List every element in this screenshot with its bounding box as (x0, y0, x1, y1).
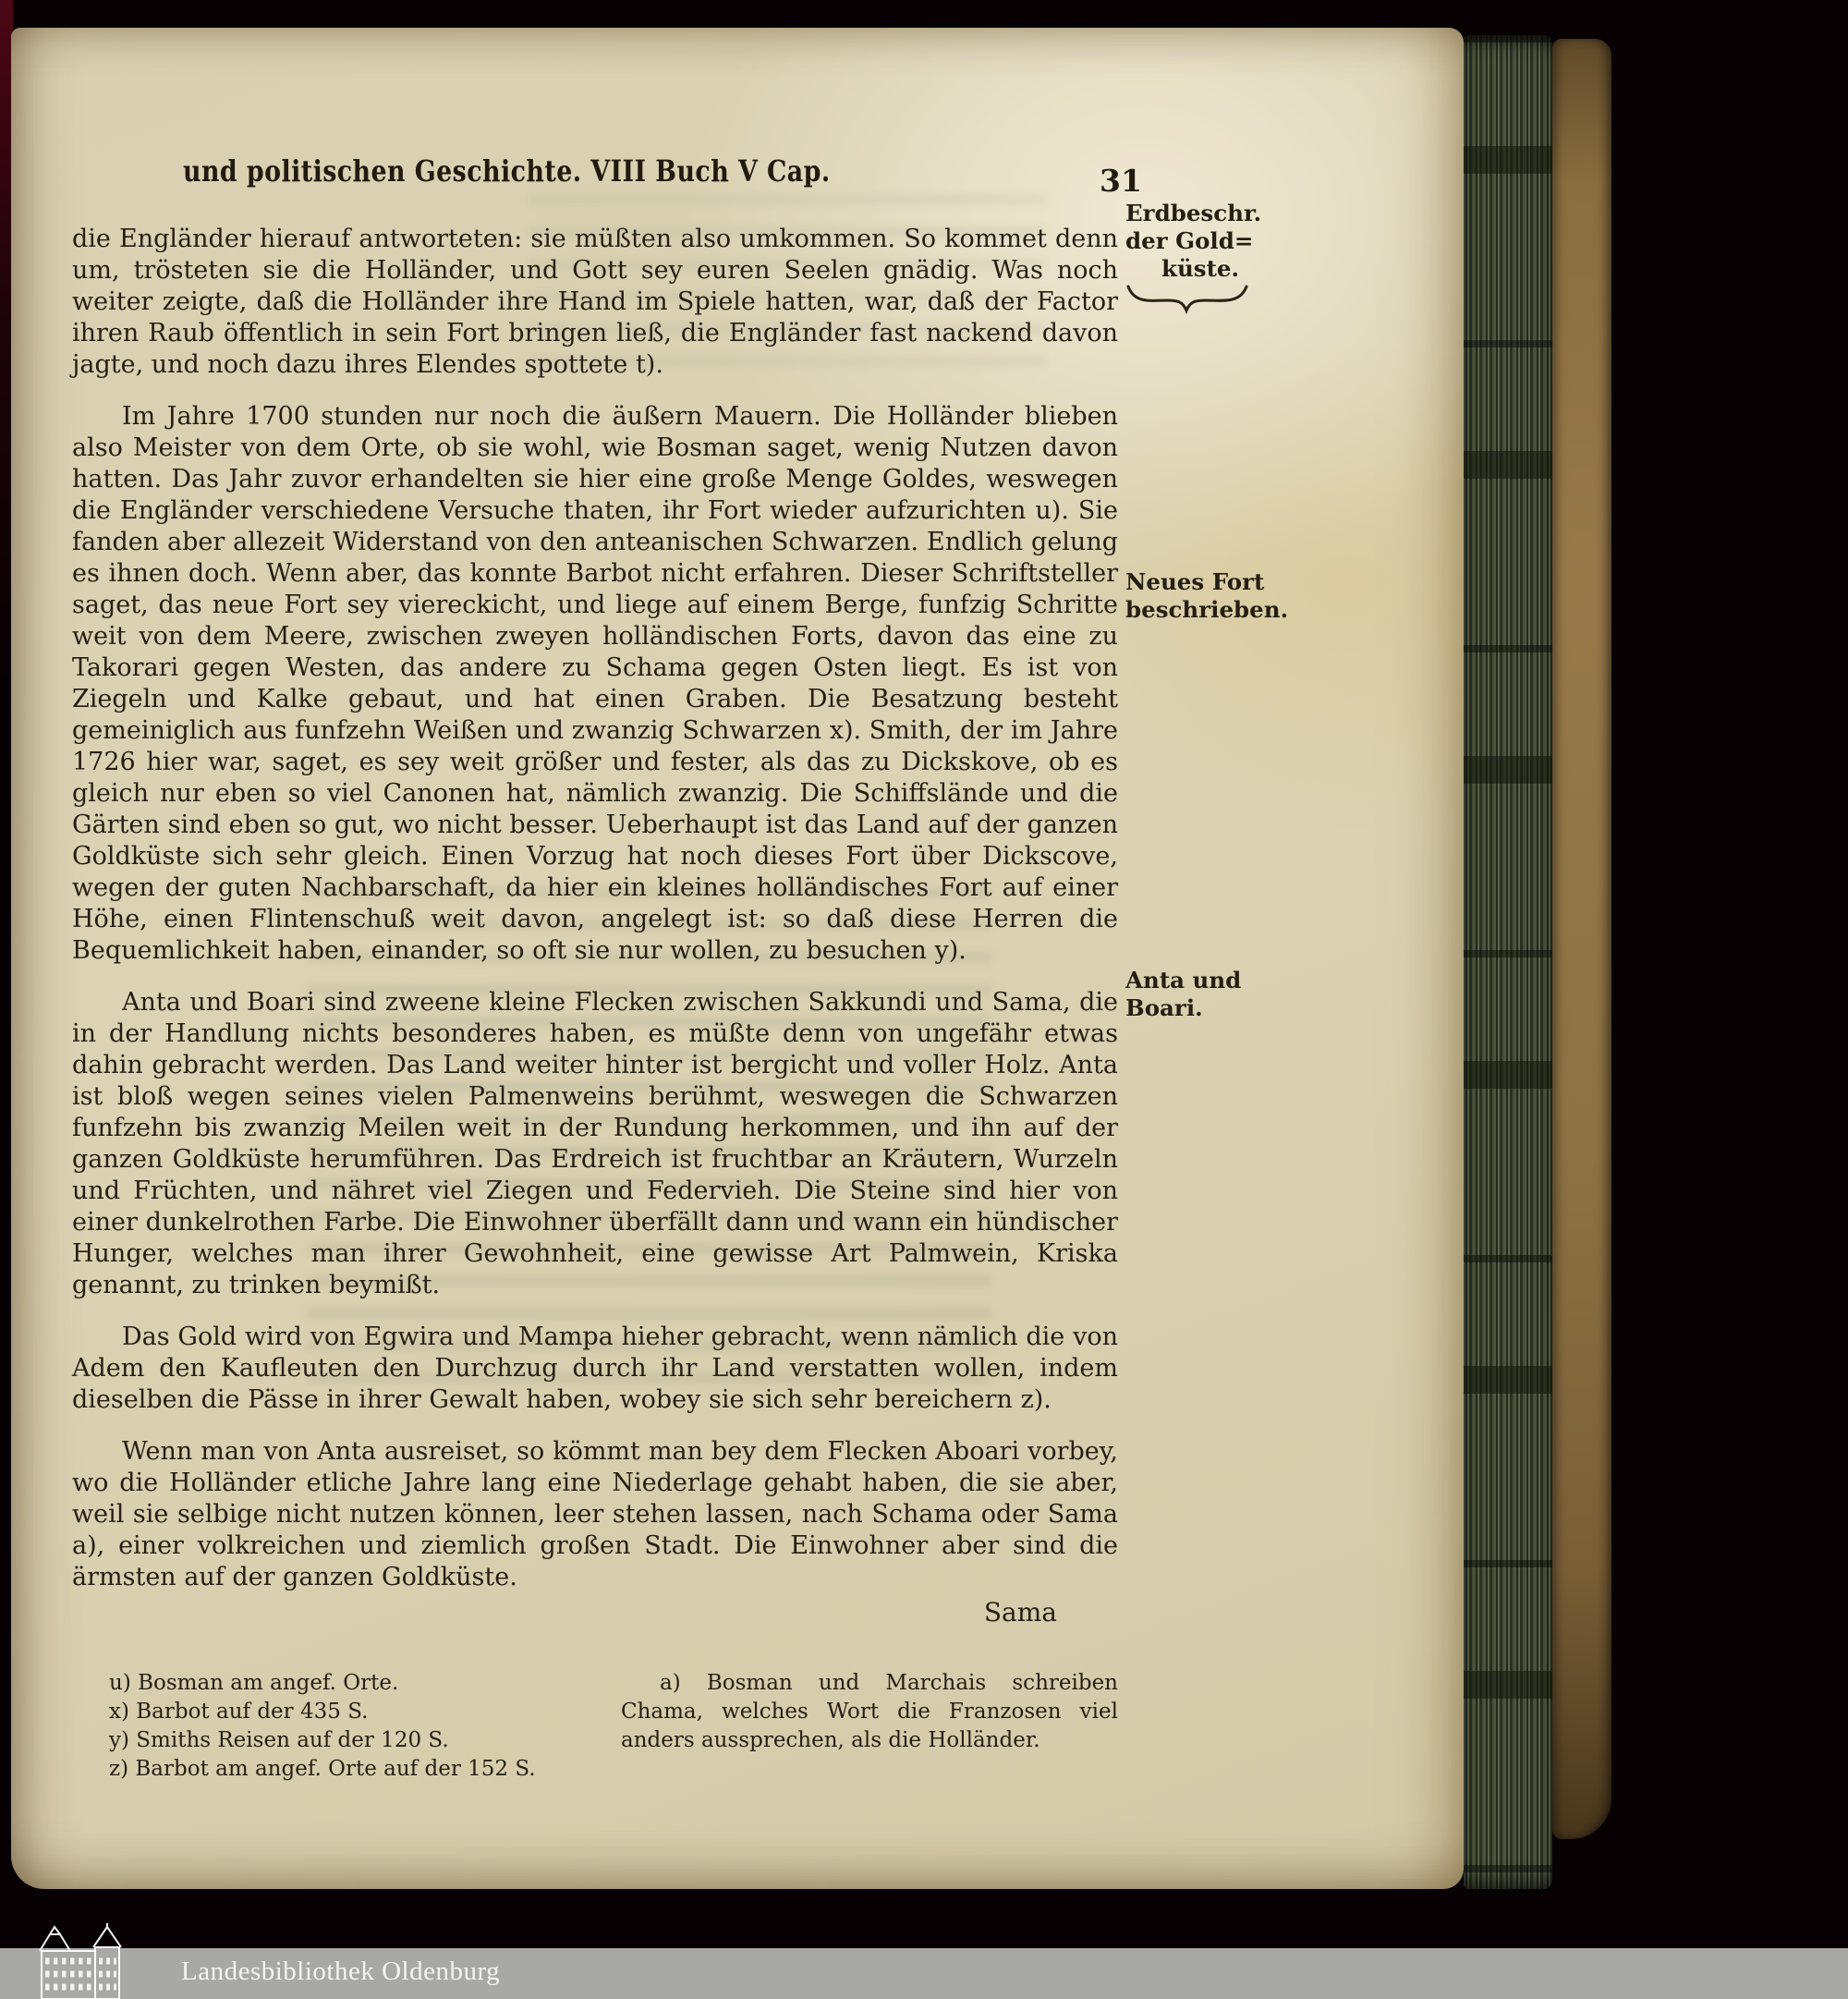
footnote-right: a) Bosman und Marchais schreiben Chama, … (621, 1669, 1118, 1784)
footnote-item: y) Smiths Reisen auf der 120 S. (109, 1726, 590, 1755)
margin-note-line: küste. (1125, 255, 1275, 283)
margin-note-neues-fort: Neues Fort beschrieben. (1125, 568, 1275, 624)
footnote-item: x) Barbot auf der 435 S. (109, 1698, 590, 1726)
underbrace-icon (1125, 283, 1249, 314)
margin-note-erdbeschreibung: Erdbeschr. der Gold= küste. (1125, 200, 1275, 283)
footnotes: u) Bosman am angef. Orte. x) Barbot auf … (109, 1669, 1118, 1784)
library-building-icon (37, 1923, 129, 1999)
book-scan: und politischen Geschichte. VIII Buch V … (0, 0, 1848, 1999)
paragraph: Wenn man von Anta ausreiset, so kömmt ma… (72, 1436, 1118, 1593)
footnote-item: u) Bosman am angef. Orte. (109, 1669, 590, 1698)
text-block: die Engländer hierauf antworteten: sie m… (72, 224, 1118, 1784)
paragraph: Anta und Boari sind zweene kleine Flecke… (72, 987, 1118, 1301)
catchword: Sama (72, 1597, 1118, 1628)
margin-note-line: Erdbeschr. (1125, 200, 1275, 227)
footnote-left-list: u) Bosman am angef. Orte. x) Barbot auf … (109, 1669, 590, 1784)
library-footer-bar: Landesbibliothek Oldenburg (0, 1948, 1848, 1999)
margin-note-line: Neues Fort (1125, 568, 1275, 596)
page-number: 31 (1100, 163, 1142, 199)
paragraph: Das Gold wird von Egwira und Mampa hiehe… (72, 1322, 1118, 1416)
margin-note-line: Boari. (1125, 994, 1275, 1022)
book-page: und politischen Geschichte. VIII Buch V … (11, 28, 1464, 1889)
book-fore-edge (1464, 35, 1552, 1889)
margin-note-line: Anta und (1125, 967, 1275, 994)
footnote-item: z) Barbot am angef. Orte auf der 152 S. (109, 1755, 590, 1784)
book-cover-edge (1552, 39, 1611, 1839)
paragraph: die Engländer hierauf antworteten: sie m… (72, 224, 1118, 381)
library-label: Landesbibliothek Oldenburg (181, 1956, 500, 1987)
margin-note-line: beschrieben. (1125, 596, 1275, 624)
margin-note-line: der Gold= (1125, 227, 1275, 255)
paragraph: Im Jahre 1700 stunden nur noch die äußer… (72, 401, 1118, 967)
running-title: und politischen Geschichte. VIII Buch V … (183, 153, 831, 189)
margin-note-anta-boari: Anta und Boari. (1125, 967, 1275, 1022)
